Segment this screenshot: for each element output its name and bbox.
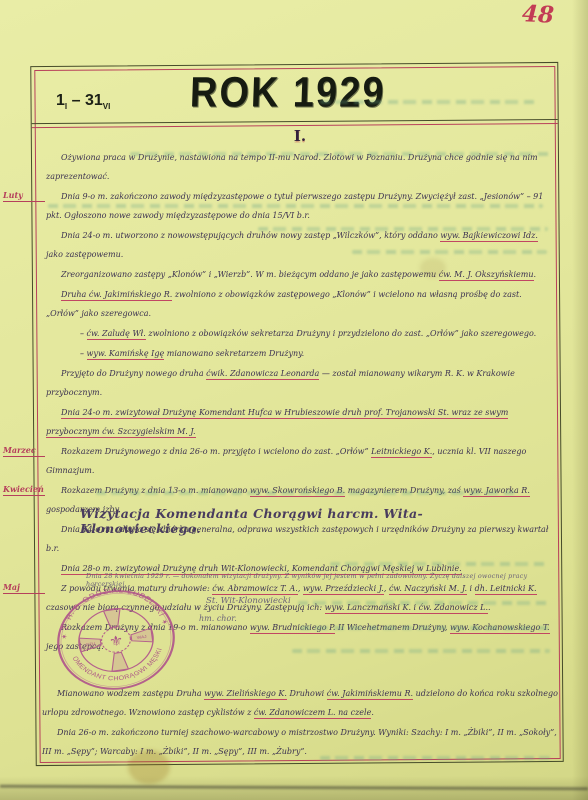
- chronicle-page: 48 1I – 31VI ROK 1929 I. Ożywiona praca …: [0, 0, 588, 800]
- red-underlined-text: ćw. M. J. Okszyńskiemu: [439, 270, 534, 281]
- handwritten-text: Ożywiona praca w Drużynie, nastawiona na…: [46, 153, 538, 181]
- bleedthrough-line: [320, 756, 550, 760]
- handwritten-text: Przyjęto do Drużyny nowego druha: [61, 369, 206, 378]
- bleedthrough-line: [300, 626, 550, 630]
- date-start: 1: [56, 92, 65, 109]
- bleedthrough-line: [298, 601, 550, 605]
- bleedthrough-line: [320, 100, 535, 104]
- zhp-stamp: ✶ Z. H. P. ODDZIAŁ LUBELSKI ✶ KOMENDANT …: [47, 580, 184, 700]
- handwritten-text: .: [534, 270, 537, 279]
- red-underlined-text: wyw. Bajkiewiczowi Idz.: [440, 231, 538, 242]
- margin-month-label: Luty: [3, 189, 45, 202]
- chronicle-entry: Druha ćw. Jakimińskiego R. zwolniono z o…: [46, 285, 554, 323]
- chronicle-entry: Zreorganizowano zastępy „Klonów” i „Wier…: [46, 265, 554, 284]
- section-heading: I.: [46, 127, 554, 145]
- red-underlined-text: ćw. Zaludę Wł.: [87, 329, 146, 340]
- handwritten-text: Dnia 26-o m. zakończono turniej szachowo…: [42, 728, 557, 756]
- handwritten-text: mianowano sekretarzem Drużyny.: [164, 349, 304, 358]
- bleedthrough-line: [258, 227, 548, 231]
- date-end-month: VI: [103, 102, 111, 111]
- handwritten-text: Zreorganizowano zastępy „Klonów” i „Wier…: [61, 270, 439, 279]
- margin-month-label: Maj: [3, 581, 45, 594]
- red-underlined-text: wyw. Kamińskę Igę: [87, 349, 165, 360]
- handwritten-text: jako zastępowemu.: [46, 250, 123, 259]
- bleedthrough-line: [330, 562, 545, 566]
- margin-month-label: Marzec: [3, 444, 45, 457]
- page-number: 48: [521, 0, 554, 29]
- margin-month-label: Kwiecień: [3, 483, 45, 496]
- header-date-range: 1I – 31VI: [56, 92, 110, 111]
- red-underlined-text: Druha ćw. Jakimińskiego R.: [61, 290, 172, 301]
- bleedthrough-line: [292, 649, 550, 653]
- page-edge-shadow: [572, 0, 588, 800]
- chronicle-entry: Dnia 24-o m. zwizytował Drużynę Komendan…: [46, 403, 554, 441]
- handwritten-text: .: [371, 708, 374, 717]
- handwritten-text: Rozkazem Drużynowego z dnia 26-o m. przy…: [61, 447, 371, 456]
- chronicle-entry: MarzecRozkazem Drużynowego z dnia 26-o m…: [46, 442, 554, 480]
- handwritten-text: zwolniono z obowiązków sekretarza Drużyn…: [146, 329, 536, 338]
- chronicle-entry: Dnia 24-o m. utworzono z nowowstępującyc…: [46, 226, 554, 264]
- handwritten-text: Mianowano wodzem zastępu Druha: [57, 689, 204, 698]
- red-underlined-text: ćwik. Zdanowicza Leonarda: [206, 369, 319, 380]
- bottom-paragraphs: Mianowano wodzem zastępu Druha wyw. Ziel…: [42, 684, 558, 762]
- handwritten-text: –: [80, 349, 87, 358]
- chronicle-entry: Przyjęto do Drużyny nowego druha ćwik. Z…: [46, 364, 554, 402]
- red-underlined-text: Dnia 24-o m. zwizytował Drużynę Komendan…: [46, 408, 508, 438]
- date-separator: –: [67, 92, 85, 109]
- handwritten-text: Druhowi: [287, 689, 327, 698]
- bleedthrough-line: [130, 152, 550, 156]
- bleedthrough-line: [48, 204, 543, 208]
- chronicle-entry: – wyw. Kamińskę Igę mianowano sekretarze…: [46, 344, 554, 363]
- red-underlined-text: Leitnickiego K.: [371, 447, 432, 458]
- chronicle-entry: Mianowano wodzem zastępu Druha wyw. Ziel…: [42, 684, 558, 722]
- date-end: 31: [85, 92, 103, 109]
- stain-mark: [420, 258, 446, 278]
- red-underlined-text: wyw. Zielińskiego K.: [204, 689, 287, 700]
- signature: St. Wit-Klonowiecki: [206, 596, 291, 606]
- fleur-de-lis-icon: ⚜: [108, 632, 125, 650]
- handwritten-text: –: [80, 329, 87, 338]
- signature-title: hm. chor.: [199, 614, 237, 623]
- page-title: ROK 1929: [189, 69, 386, 117]
- visitation-heading: Wizytacja Komendanta Chorągwi harcm. Wit…: [80, 506, 520, 536]
- handwritten-text: Dnia 24-o m. utworzono z nowowstępującyc…: [61, 231, 440, 240]
- red-underlined-text: ćw. Zdanowiczem L. na czele: [254, 708, 371, 719]
- red-underlined-text: ćw. Jakimińskiemu R.: [327, 689, 413, 700]
- bleedthrough-line: [96, 491, 516, 495]
- bleedthrough-line: [352, 250, 547, 254]
- chronicle-entry: – ćw. Zaludę Wł. zwolniono z obowiązków …: [46, 324, 554, 343]
